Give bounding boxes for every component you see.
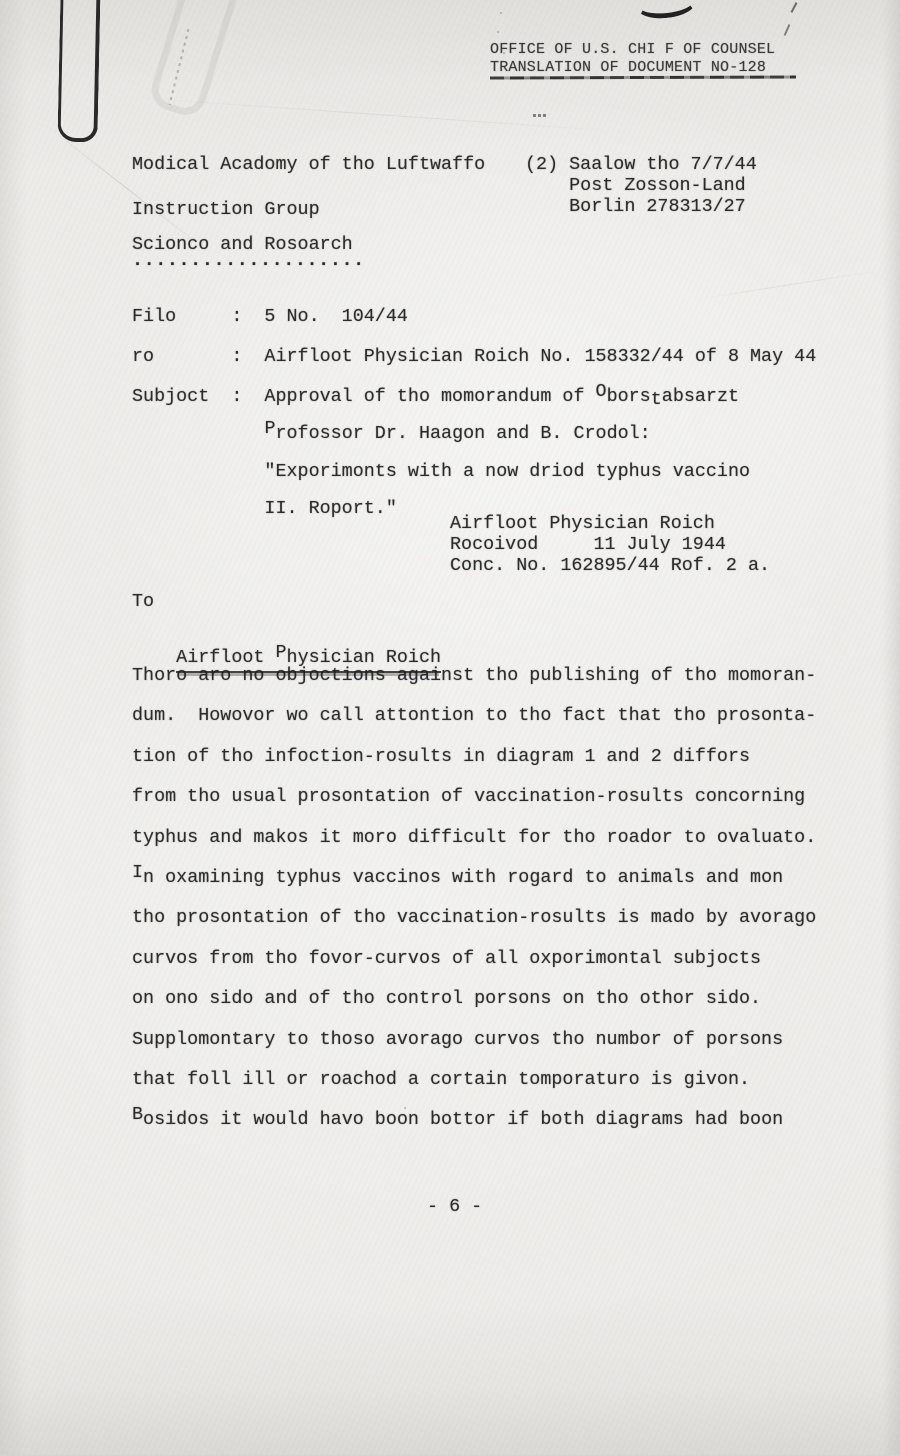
letterhead-city-line: Borlin 278313/27 <box>525 197 746 217</box>
ink-speck-icon <box>497 31 499 33</box>
ink-arc-mark-icon <box>635 0 698 21</box>
text-segment: n oxamining typhus vaccinos with rogard … <box>143 867 783 888</box>
text-segment: P <box>275 642 286 663</box>
body-line: In oxamining typhus vaccinos with rogard… <box>132 868 783 888</box>
body-line: Thoro aro no objoctions against tho publ… <box>132 666 816 686</box>
letterhead-org-line: Modical Acadomy of tho Luftwaffo <box>132 155 485 175</box>
text-segment: osidos it would havo boon bottor if both… <box>143 1109 783 1130</box>
paperclip-shadow-icon <box>146 0 240 120</box>
text-segment: Subjoct : Approval of tho momorandum of <box>132 386 596 407</box>
text-segment: B <box>132 1104 143 1125</box>
document-page: OFFICE OF U.S. CHI F OF COUNSEL TRANSLAT… <box>0 0 900 1455</box>
letterhead-org-line: Instruction Group <box>132 200 320 220</box>
paperclip-mark-icon <box>57 0 100 142</box>
ink-smudge-icon <box>533 114 547 117</box>
text-segment <box>132 423 264 444</box>
body-line: dum. Howovor wo call attontion to tho fa… <box>132 706 816 726</box>
ink-speck-icon <box>500 12 502 14</box>
body-line: from tho usual prosontation of vaccinati… <box>132 787 805 807</box>
body-line: typhus and makos it moro difficult for t… <box>132 828 816 848</box>
text-segment: I <box>132 862 143 883</box>
stamp-line-1: OFFICE OF U.S. CHI F OF COUNSEL <box>490 41 775 59</box>
to-label: To <box>132 592 154 612</box>
page-number: - 6 - <box>427 1197 482 1217</box>
pen-tick-icon <box>784 24 791 36</box>
text-segment: O <box>596 381 607 402</box>
body-line: on ono sido and of tho control porsons o… <box>132 989 761 1009</box>
letterhead-date-line: (2) Saalow tho 7/7/44 <box>525 155 757 175</box>
body-line: curvos from tho fovor-curvos of all oxpo… <box>132 949 761 969</box>
letterhead-dotted-line: .................... <box>132 251 365 271</box>
paper-crease <box>120 96 639 133</box>
body-line: tion of tho infoction-rosults in diagram… <box>132 747 750 767</box>
letterhead-post-line: Post Zosson-Land <box>525 176 746 196</box>
pen-tick-icon <box>791 2 798 13</box>
received-date-line: Rocoivod 11 July 1944 <box>450 535 726 555</box>
subject-line: Subjoct : Approval of tho momorandum of … <box>132 387 739 407</box>
body-line: that foll ill or roachod a cortain tompo… <box>132 1070 750 1090</box>
text-segment: P <box>264 418 275 439</box>
re-line: ro : Airfloot Physician Roich No. 158332… <box>132 347 816 367</box>
stamp-underline <box>490 75 796 79</box>
paperclip-shadow-icon <box>169 29 190 105</box>
stamp-line-2: TRANSLATION OF DOCUMENT NO-128 <box>490 59 766 77</box>
body-line: Supplomontary to thoso avorago curvos th… <box>132 1030 783 1050</box>
subject-report-line: II. Roport." <box>132 499 397 519</box>
body-line: tho prosontation of tho vaccination-rosu… <box>132 908 816 928</box>
subject-quote-line: "Exporimonts with a now driod typhus vac… <box>132 462 750 482</box>
subject-professor-line: Profossor Dr. Haagon and B. Crodol: <box>132 424 651 444</box>
body-line: Bosidos it would havo boon bottor if bot… <box>132 1110 783 1130</box>
text-segment: absarzt <box>662 386 739 407</box>
file-line: Filo : 5 No. 104/44 <box>132 307 408 327</box>
received-office-line: Airfloot Physician Roich <box>450 514 715 534</box>
received-ref-line: Conc. No. 162895/44 Rof. 2 a. <box>450 556 770 576</box>
text-segment: bors <box>607 386 651 407</box>
text-segment: rofossor Dr. Haagon and B. Crodol: <box>275 423 650 444</box>
text-segment: t <box>651 389 662 410</box>
paper-crease <box>690 269 888 301</box>
